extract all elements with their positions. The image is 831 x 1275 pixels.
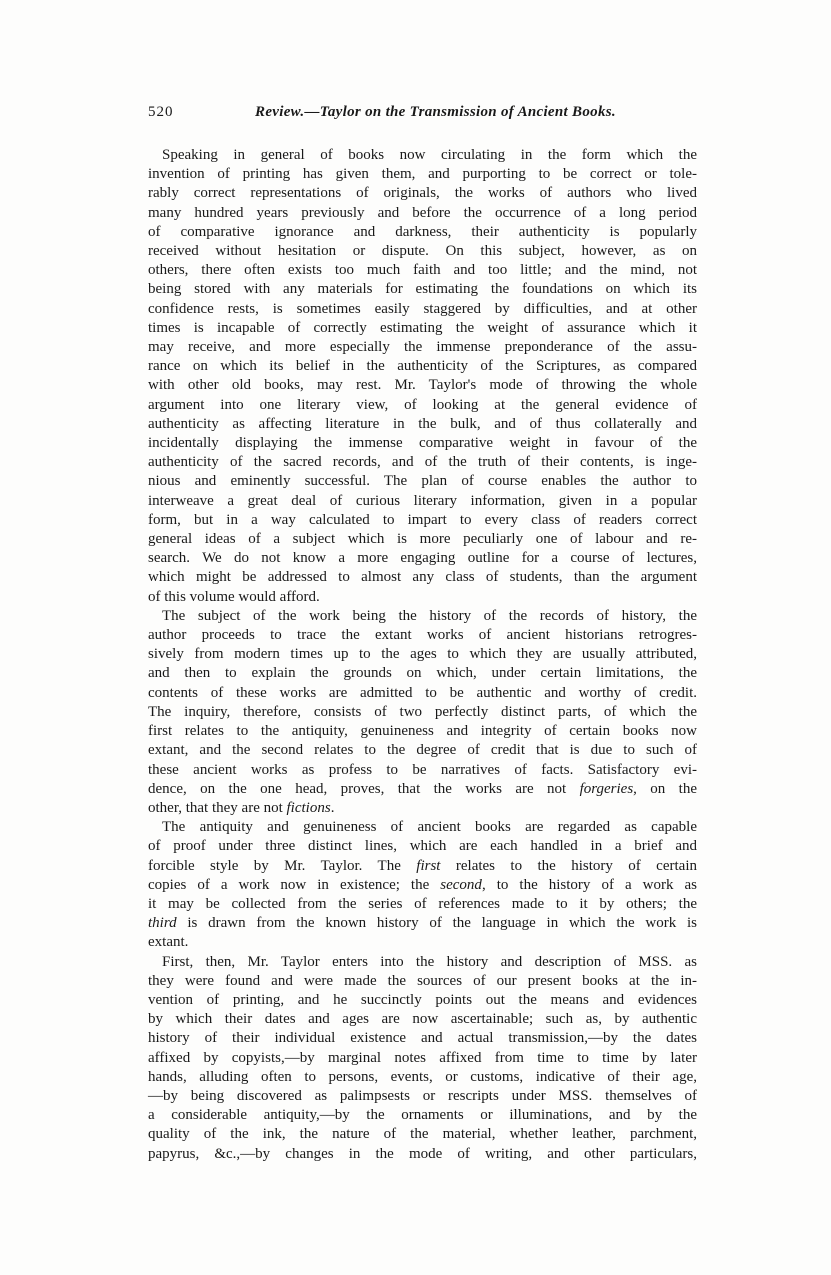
text-line: others, there often exists too much fait… xyxy=(148,261,697,280)
text-line: rance on which its belief in the authent… xyxy=(148,357,697,376)
text-line: of this volume would afford. xyxy=(148,588,697,607)
paragraph: First, then, Mr. Taylor enters into the … xyxy=(148,953,697,1164)
text-line: vention of printing, and he succinctly p… xyxy=(148,991,697,1010)
running-title: Review.—Taylor on the Transmission of An… xyxy=(230,104,697,121)
text-line: authenticity of the sacred records, and … xyxy=(148,453,697,472)
text-line: Speaking in general of books now circula… xyxy=(148,146,697,165)
text-line: form, but in a way calculated to impart … xyxy=(148,511,697,530)
page-number: 520 xyxy=(148,104,230,121)
text-line: it may be collected from the series of r… xyxy=(148,895,697,914)
page-header: 520 Review.—Taylor on the Transmission o… xyxy=(148,104,697,121)
text-line: forcible style by Mr. Taylor. The first … xyxy=(148,857,697,876)
text-line: these ancient works as profess to be nar… xyxy=(148,761,697,780)
paragraph: The antiquity and genuineness of ancient… xyxy=(148,818,697,952)
text-line: times is incapable of correctly estimati… xyxy=(148,319,697,338)
text-line: interweave a great deal of curious liter… xyxy=(148,492,697,511)
text-line: and then to explain the grounds on which… xyxy=(148,664,697,683)
text-line: copies of a work now in existence; the s… xyxy=(148,876,697,895)
text-line: —by being discovered as palimpsests or r… xyxy=(148,1087,697,1106)
text-line: which might be addressed to almost any c… xyxy=(148,568,697,587)
text-line: contents of these works are admitted to … xyxy=(148,684,697,703)
text-line: received without hesitation or dispute. … xyxy=(148,242,697,261)
text-line: author proceeds to trace the extant work… xyxy=(148,626,697,645)
scanned-page: 520 Review.—Taylor on the Transmission o… xyxy=(0,0,831,1275)
text-line: a considerable antiquity,—by the ornamen… xyxy=(148,1106,697,1125)
text-line: authenticity as affecting literature in … xyxy=(148,415,697,434)
text-line: extant, and the second relates to the de… xyxy=(148,741,697,760)
text-line: confidence rests, is sometimes easily st… xyxy=(148,300,697,319)
text-line: The subject of the work being the histor… xyxy=(148,607,697,626)
text-line: incidentally displaying the immense comp… xyxy=(148,434,697,453)
text-line: general ideas of a subject which is more… xyxy=(148,530,697,549)
text-line: rably correct representations of origina… xyxy=(148,184,697,203)
text-line: other, that they are not fictions. xyxy=(148,799,697,818)
text-line: history of their individual existence an… xyxy=(148,1029,697,1048)
text-line: they were found and were made the source… xyxy=(148,972,697,991)
text-line: dence, on the one head, proves, that the… xyxy=(148,780,697,799)
text-line: papyrus, &c.,—by changes in the mode of … xyxy=(148,1145,697,1164)
text-line: with other old books, may rest. Mr. Tayl… xyxy=(148,376,697,395)
text-line: quality of the ink, the nature of the ma… xyxy=(148,1125,697,1144)
text-line: affixed by copyists,—by marginal notes a… xyxy=(148,1049,697,1068)
text-line: search. We do not know a more engaging o… xyxy=(148,549,697,568)
text-line: of comparative ignorance and darkness, t… xyxy=(148,223,697,242)
text-line: by which their dates and ages are now as… xyxy=(148,1010,697,1029)
text-line: The antiquity and genuineness of ancient… xyxy=(148,818,697,837)
text-line: sively from modern times up to the ages … xyxy=(148,645,697,664)
text-line: argument into one literary view, of look… xyxy=(148,396,697,415)
text-line: may receive, and more especially the imm… xyxy=(148,338,697,357)
text-line: third is drawn from the known history of… xyxy=(148,914,697,933)
text-line: invention of printing has given them, an… xyxy=(148,165,697,184)
text-line: of proof under three distinct lines, whi… xyxy=(148,837,697,856)
text-line: being stored with any materials for esti… xyxy=(148,280,697,299)
text-line: first relates to the antiquity, genuinen… xyxy=(148,722,697,741)
paragraph: Speaking in general of books now circula… xyxy=(148,146,697,607)
paragraph: The subject of the work being the histor… xyxy=(148,607,697,818)
text-line: First, then, Mr. Taylor enters into the … xyxy=(148,953,697,972)
text-line: hands, alluding often to persons, events… xyxy=(148,1068,697,1087)
text-line: nious and eminently successful. The plan… xyxy=(148,472,697,491)
text-line: extant. xyxy=(148,933,697,952)
text-line: many hundred years previously and before… xyxy=(148,204,697,223)
page-body: Speaking in general of books now circula… xyxy=(148,146,697,1164)
text-line: The inquiry, therefore, consists of two … xyxy=(148,703,697,722)
